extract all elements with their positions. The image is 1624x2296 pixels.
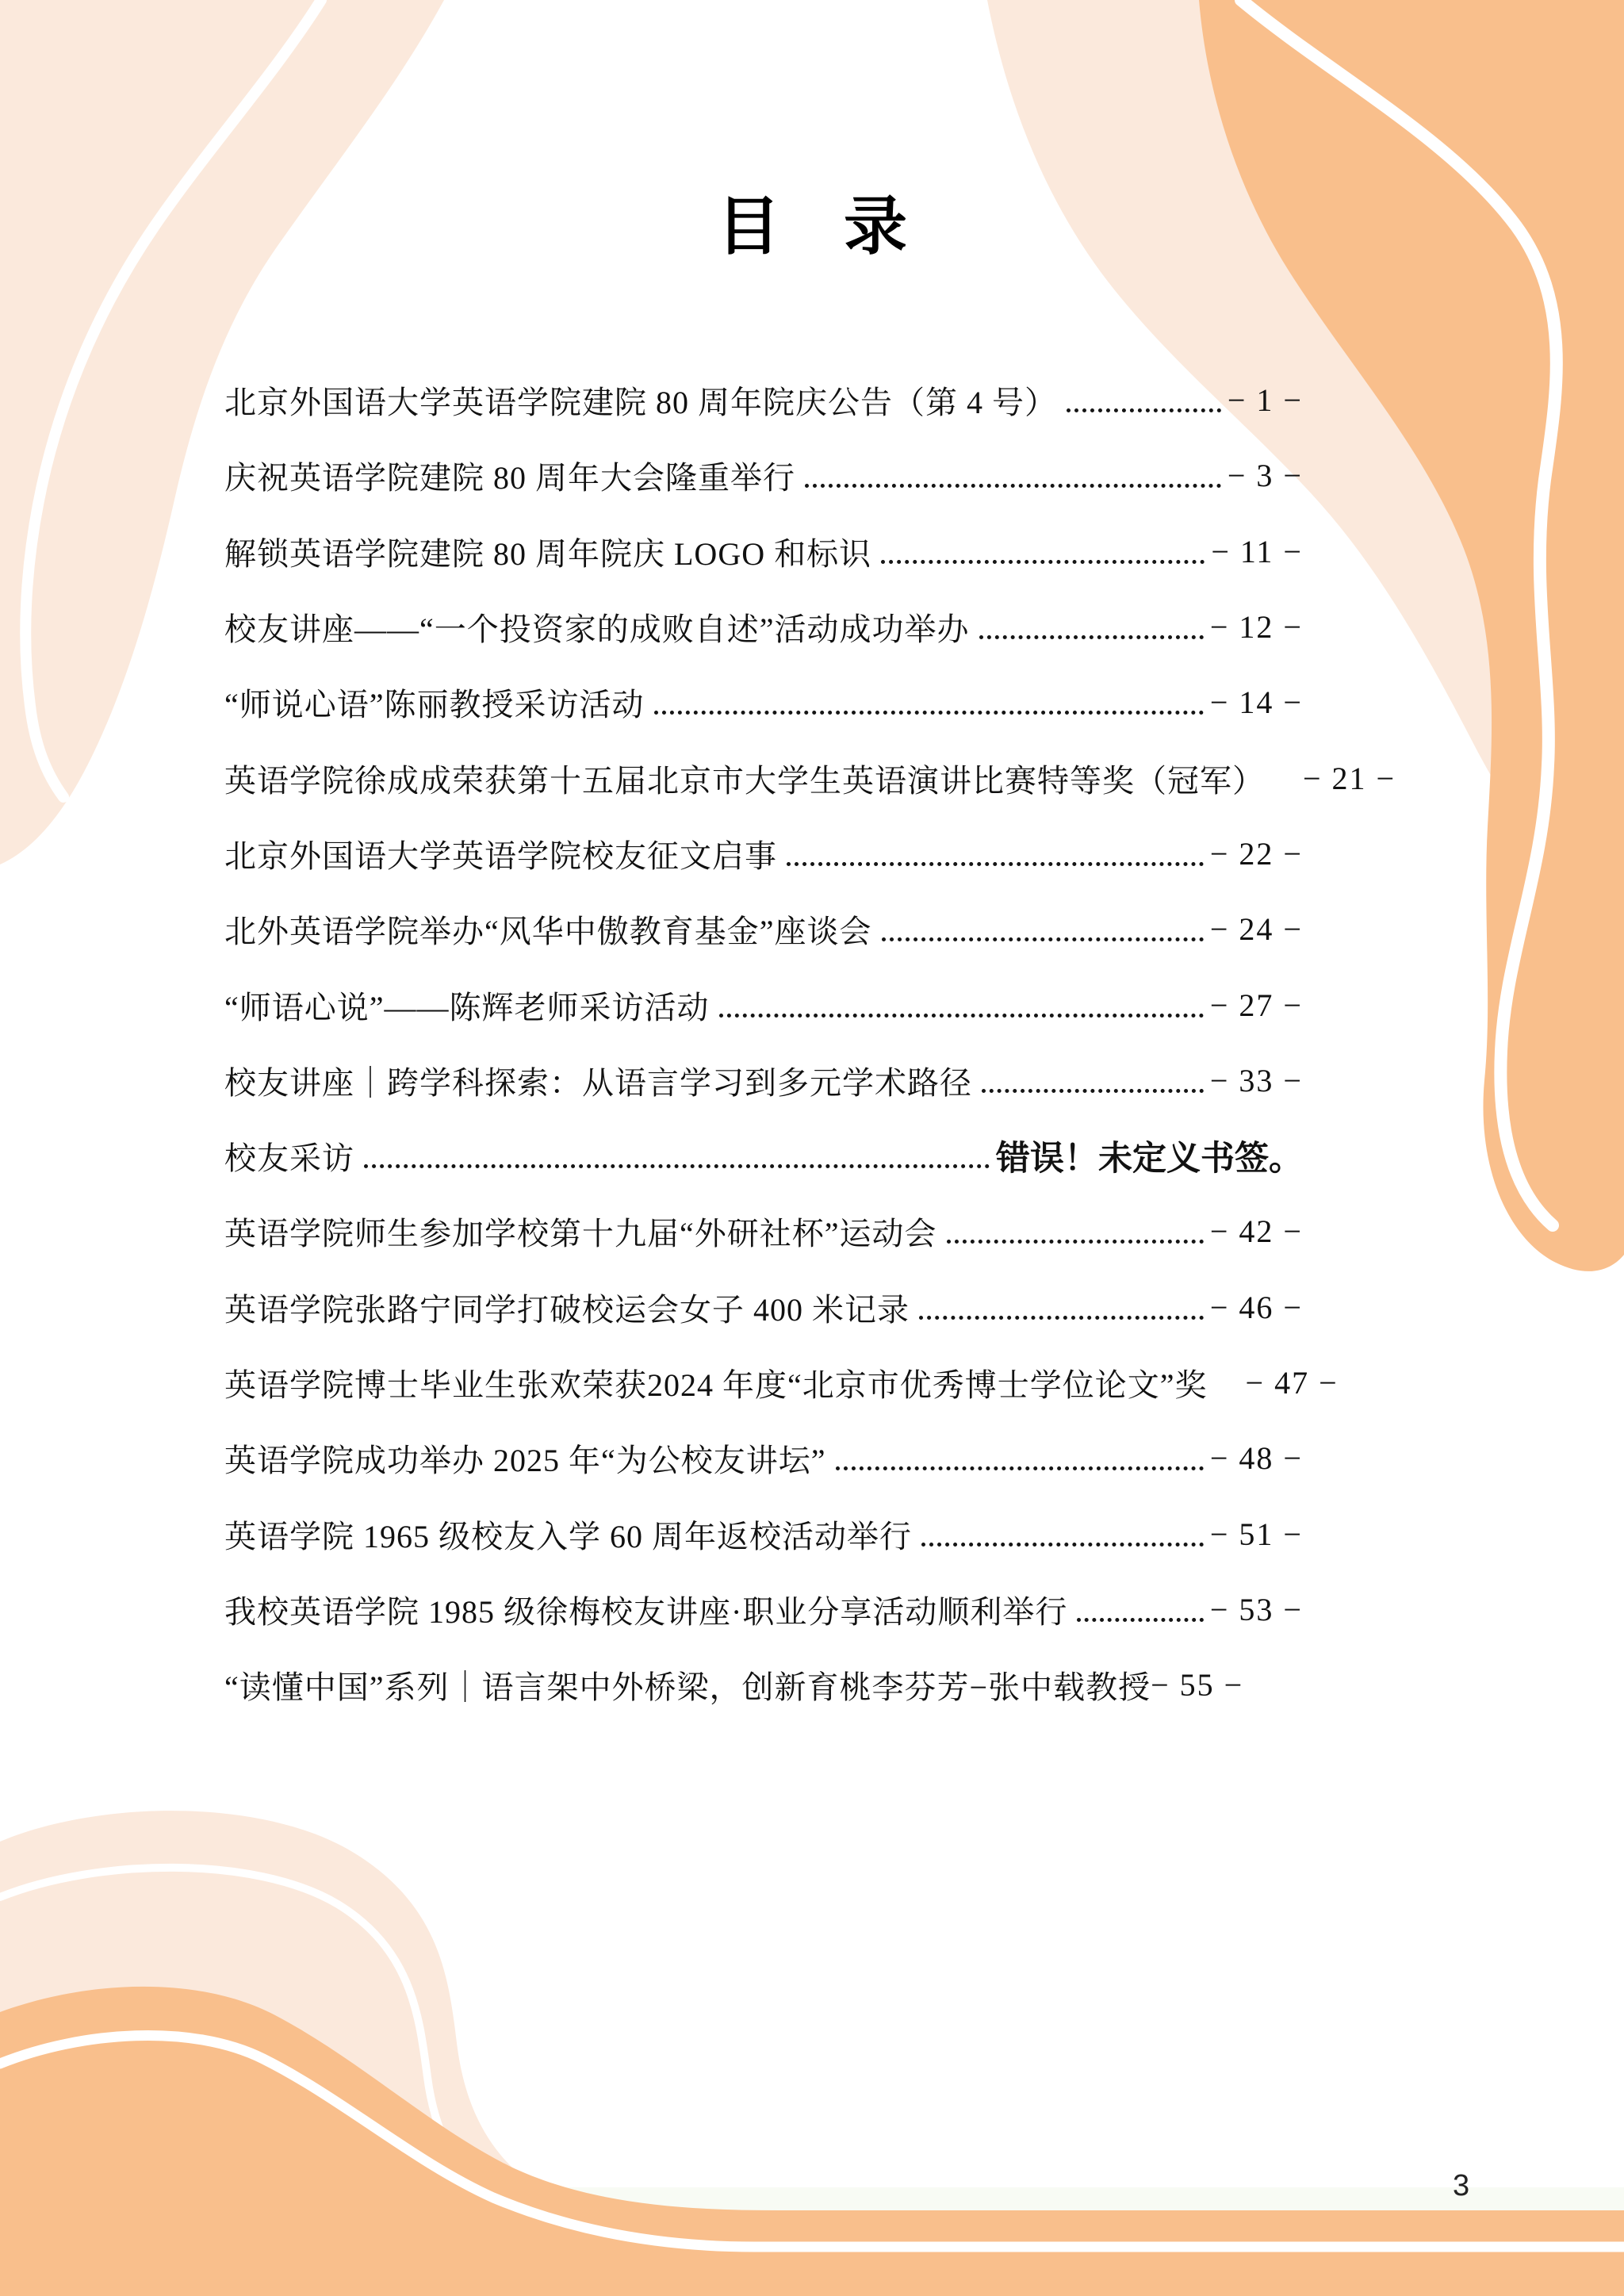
toc-entry-title: 北京外国语大学英语学院建院 80 周年院庆公告（第 4 号） <box>224 378 1057 423</box>
toc-entry[interactable]: 解锁英语学院建院 80 周年院庆 LOGO 和标识− 11 − <box>224 514 1461 589</box>
toc-entry[interactable]: 庆祝英语学院建院 80 周年大会隆重举行− 3 − <box>224 438 1461 513</box>
dot-leader <box>836 1466 1204 1470</box>
toc-entry-page: − 3 − <box>1228 457 1303 494</box>
toc-entry[interactable]: 校友采访错误！未定义书签。 <box>224 1118 1461 1194</box>
toc-entry-page: − 55 − <box>1151 1666 1243 1704</box>
toc-entry-page: − 12 − <box>1210 608 1303 646</box>
toc-entry-page: − 47 − <box>1246 1364 1339 1401</box>
toc-entry-error-label: 错误！未定义书签。 <box>996 1132 1303 1180</box>
toc-entry-title: 北外英语学院举办“风华中傲教育基金”座谈会 <box>224 907 872 952</box>
toc-entry-page: − 24 − <box>1210 910 1303 948</box>
toc-entry[interactable]: 校友讲座｜跨学科探索：从语言学习到多元学术路径− 33 − <box>224 1043 1461 1118</box>
toc-entry-title: 英语学院博士毕业生张欢荣获2024 年度“北京市优秀博士学位论文”奖 <box>224 1360 1208 1405</box>
dot-leader <box>1077 1618 1204 1622</box>
toc-entry-page: − 1 − <box>1228 381 1303 419</box>
toc-entry[interactable]: 英语学院师生参加学校第十九届“外研社杯”运动会− 42 − <box>224 1194 1461 1269</box>
toc-entry-title: 庆祝英语学院建院 80 周年大会隆重举行 <box>224 453 795 498</box>
toc-entry-title: 校友讲座｜跨学科探索：从语言学习到多元学术路径 <box>224 1058 972 1103</box>
toc-entry-page: − 11 − <box>1211 533 1303 570</box>
dot-leader <box>787 862 1204 866</box>
toc-entry-title: “师说心语”陈丽教授采访活动 <box>224 680 645 725</box>
toc-entry[interactable]: 英语学院成功举办 2025 年“为公校友讲坛”− 48 − <box>224 1420 1461 1496</box>
toc-entry-title: 英语学院师生参加学校第十九届“外研社杯”运动会 <box>224 1209 937 1254</box>
toc-entry-title: 我校英语学院 1985 级徐梅校友讲座·职业分享活动顺利举行 <box>224 1587 1067 1632</box>
toc-entry-page: − 33 − <box>1210 1062 1303 1099</box>
toc-entry-title: 英语学院 1965 级校友入学 60 周年返校活动举行 <box>224 1512 912 1557</box>
toc-entry-title: 英语学院张路宁同学打破校运会女子 400 米记录 <box>224 1285 910 1330</box>
toc-entry-page: − 42 − <box>1210 1213 1303 1250</box>
toc-entry[interactable]: “读懂中国”系列｜语言架中外桥梁，创新育桃李芬芳−张中载教授− 55 − <box>224 1647 1461 1723</box>
toc-entry-title: “师语心说”——陈辉老师采访活动 <box>224 983 710 1028</box>
toc-entry-title: 校友讲座——“一个投资家的成败自述”活动成功举办 <box>224 604 970 650</box>
toc-entry[interactable]: 北京外国语大学英语学院建院 80 周年院庆公告（第 4 号）− 1 − <box>224 362 1461 438</box>
toc-entry-page: − 21 − <box>1303 760 1396 797</box>
page-number: 3 <box>1453 2169 1469 2203</box>
dot-leader <box>919 1316 1204 1320</box>
toc-entry[interactable]: 英语学院张路宁同学打破校运会女子 400 米记录− 46 − <box>224 1270 1461 1345</box>
toc-entry-title: “读懂中国”系列｜语言架中外桥梁，创新育桃李芬芳−张中载教授 <box>224 1662 1151 1708</box>
dot-leader <box>947 1240 1204 1244</box>
toc-list: 北京外国语大学英语学院建院 80 周年院庆公告（第 4 号）− 1 −庆祝英语学… <box>224 362 1461 1723</box>
toc-entry-page: − 51 − <box>1210 1516 1303 1553</box>
toc-page-title: 目 录 <box>0 196 1624 259</box>
dot-leader <box>654 711 1204 715</box>
toc-entry-page: − 14 − <box>1210 684 1303 721</box>
toc-entry[interactable]: “师语心说”——陈辉老师采访活动− 27 − <box>224 967 1461 1042</box>
dot-leader <box>881 560 1205 564</box>
dot-leader <box>921 1543 1204 1547</box>
dot-leader <box>882 937 1204 941</box>
toc-entry-title: 北京外国语大学英语学院校友征文启事 <box>224 831 777 876</box>
toc-entry[interactable]: 北外英语学院举办“风华中傲教育基金”座谈会− 24 − <box>224 891 1461 967</box>
toc-entry[interactable]: “师说心语”陈丽教授采访活动− 14 − <box>224 665 1461 740</box>
toc-entry[interactable]: 英语学院徐成成荣获第十五届北京市大学生英语演讲比赛特等奖（冠军）− 21 − <box>224 740 1461 815</box>
toc-entry-page: − 46 − <box>1210 1289 1303 1326</box>
dot-leader <box>982 1089 1204 1093</box>
toc-entry[interactable]: 我校英语学院 1985 级徐梅校友讲座·职业分享活动顺利举行− 53 − <box>224 1572 1461 1647</box>
dot-leader <box>979 635 1204 639</box>
toc-entry-page: − 48 − <box>1210 1439 1303 1477</box>
toc-entry-page: − 27 − <box>1210 987 1303 1024</box>
toc-entry-title: 英语学院成功举办 2025 年“为公校友讲坛” <box>224 1435 826 1481</box>
toc-entry-title: 英语学院徐成成荣获第十五届北京市大学生英语演讲比赛特等奖（冠军） <box>224 756 1265 801</box>
toc-entry-title: 校友采访 <box>224 1133 354 1179</box>
toc-entry[interactable]: 校友讲座——“一个投资家的成败自述”活动成功举办− 12 − <box>224 589 1461 665</box>
dot-leader <box>364 1164 990 1168</box>
toc-entry[interactable]: 英语学院博士毕业生张欢荣获2024 年度“北京市优秀博士学位论文”奖− 47 − <box>224 1345 1461 1420</box>
toc-entry[interactable]: 北京外国语大学英语学院校友征文启事− 22 − <box>224 816 1461 891</box>
dot-leader <box>805 484 1221 488</box>
dot-leader <box>1067 408 1221 412</box>
toc-entry-title: 解锁英语学院建院 80 周年院庆 LOGO 和标识 <box>224 529 871 574</box>
toc-entry[interactable]: 英语学院 1965 级校友入学 60 周年返校活动举行− 51 − <box>224 1496 1461 1571</box>
toc-entry-page: − 53 − <box>1210 1591 1303 1628</box>
dot-leader <box>719 1014 1204 1018</box>
toc-entry-page: − 22 − <box>1210 835 1303 872</box>
